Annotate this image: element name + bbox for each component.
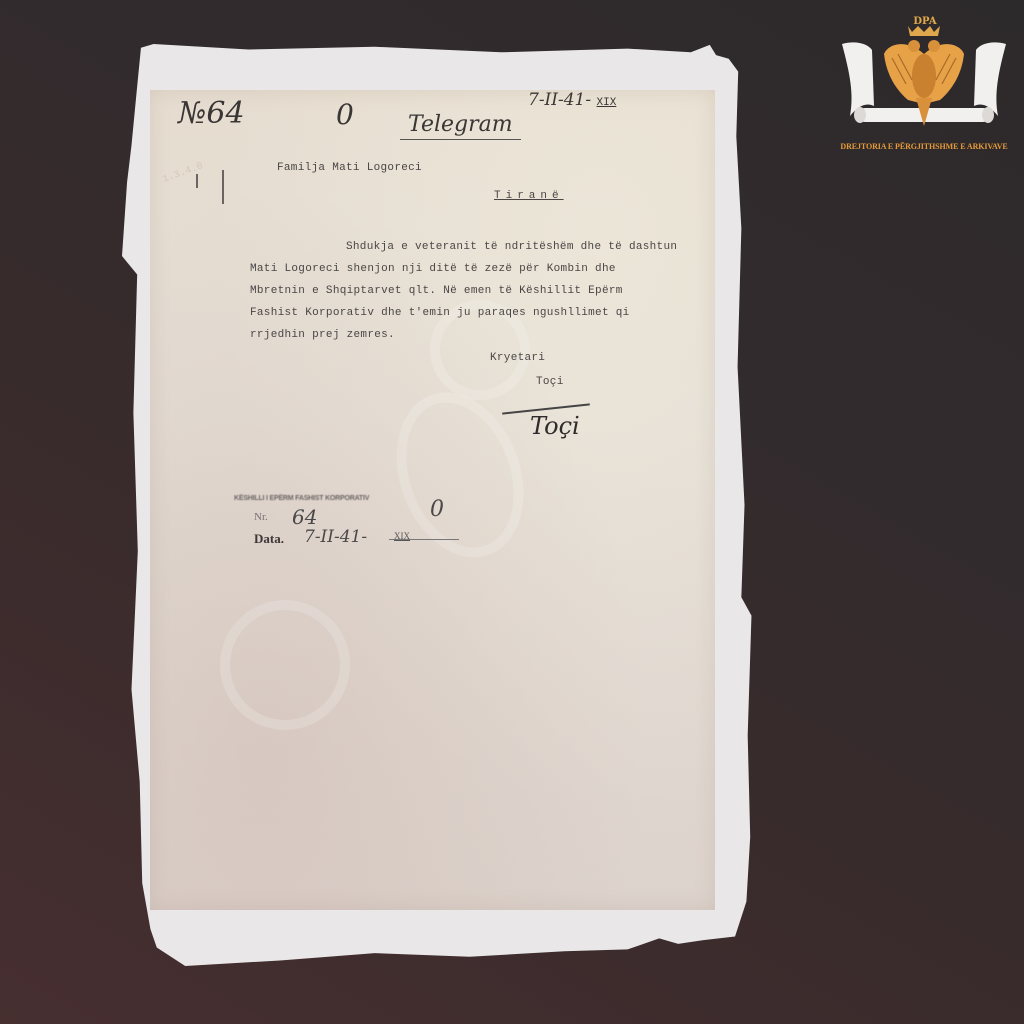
double-headed-eagle-icon xyxy=(836,14,1012,142)
archival-document: №64 0 Telegram 7-II-41- XIX 1.3.4.0 Fami… xyxy=(150,90,715,910)
stamp-zero-mark: 0 xyxy=(430,497,444,522)
stamp-header: KËSHILLI I EPËRM FASHIST KORPORATIV xyxy=(234,495,369,502)
stamp-date-label: Data. xyxy=(254,531,284,547)
stamp-date-value: 7-II-41- xyxy=(304,527,367,547)
margin-note: 1.3.4.0 xyxy=(161,161,204,186)
document-date-era: XIX xyxy=(597,97,617,109)
telegram-body: Shdukja e veteranit të ndritëshëm dhe të… xyxy=(250,236,710,346)
body-line: rrjedhin prej zemres. xyxy=(250,329,395,341)
stamp-nr-label: Nr. xyxy=(254,511,268,523)
watermark xyxy=(220,600,350,730)
margin-tick xyxy=(196,174,198,188)
zero-mark: 0 xyxy=(336,98,354,131)
signatory-role: Kryetari xyxy=(490,352,545,364)
body-line: Fashist Korporativ dhe t'emin ju paraqes… xyxy=(250,307,630,319)
margin-tick xyxy=(222,170,224,204)
stamp-nr-value: 64 xyxy=(292,505,317,529)
city: Tiranë xyxy=(494,190,564,202)
handwritten-signature: Toçi xyxy=(530,412,580,440)
signatory-name: Toçi xyxy=(536,376,564,388)
body-line: Mbretnin e Shqiptarvet qlt. Në emen të K… xyxy=(250,285,623,297)
watermark xyxy=(375,375,546,576)
body-line: Mati Logoreci shenjon nji ditë të zezë p… xyxy=(250,263,616,275)
stamp-underline xyxy=(389,539,459,540)
document-date-value: 7-II-41- xyxy=(528,90,591,110)
archives-logo: DPA DREJTORIA E PËRGJITHSHME E ARKIVAVE xyxy=(836,14,1012,156)
document-date: 7-II-41- XIX xyxy=(528,90,616,110)
recipient: Familja Mati Logoreci xyxy=(277,162,422,174)
document-number-handwritten: №64 xyxy=(178,96,245,131)
logo-caption: DREJTORIA E PËRGJITHSHME E ARKIVAVE xyxy=(836,142,1012,151)
document-title: Telegram xyxy=(400,112,521,140)
logo-initials: DPA xyxy=(908,16,942,27)
body-line: Shdukja e veteranit të ndritëshëm dhe të… xyxy=(346,241,677,253)
registry-stamp: KËSHILLI I EPËRM FASHIST KORPORATIV Nr. … xyxy=(234,495,369,502)
